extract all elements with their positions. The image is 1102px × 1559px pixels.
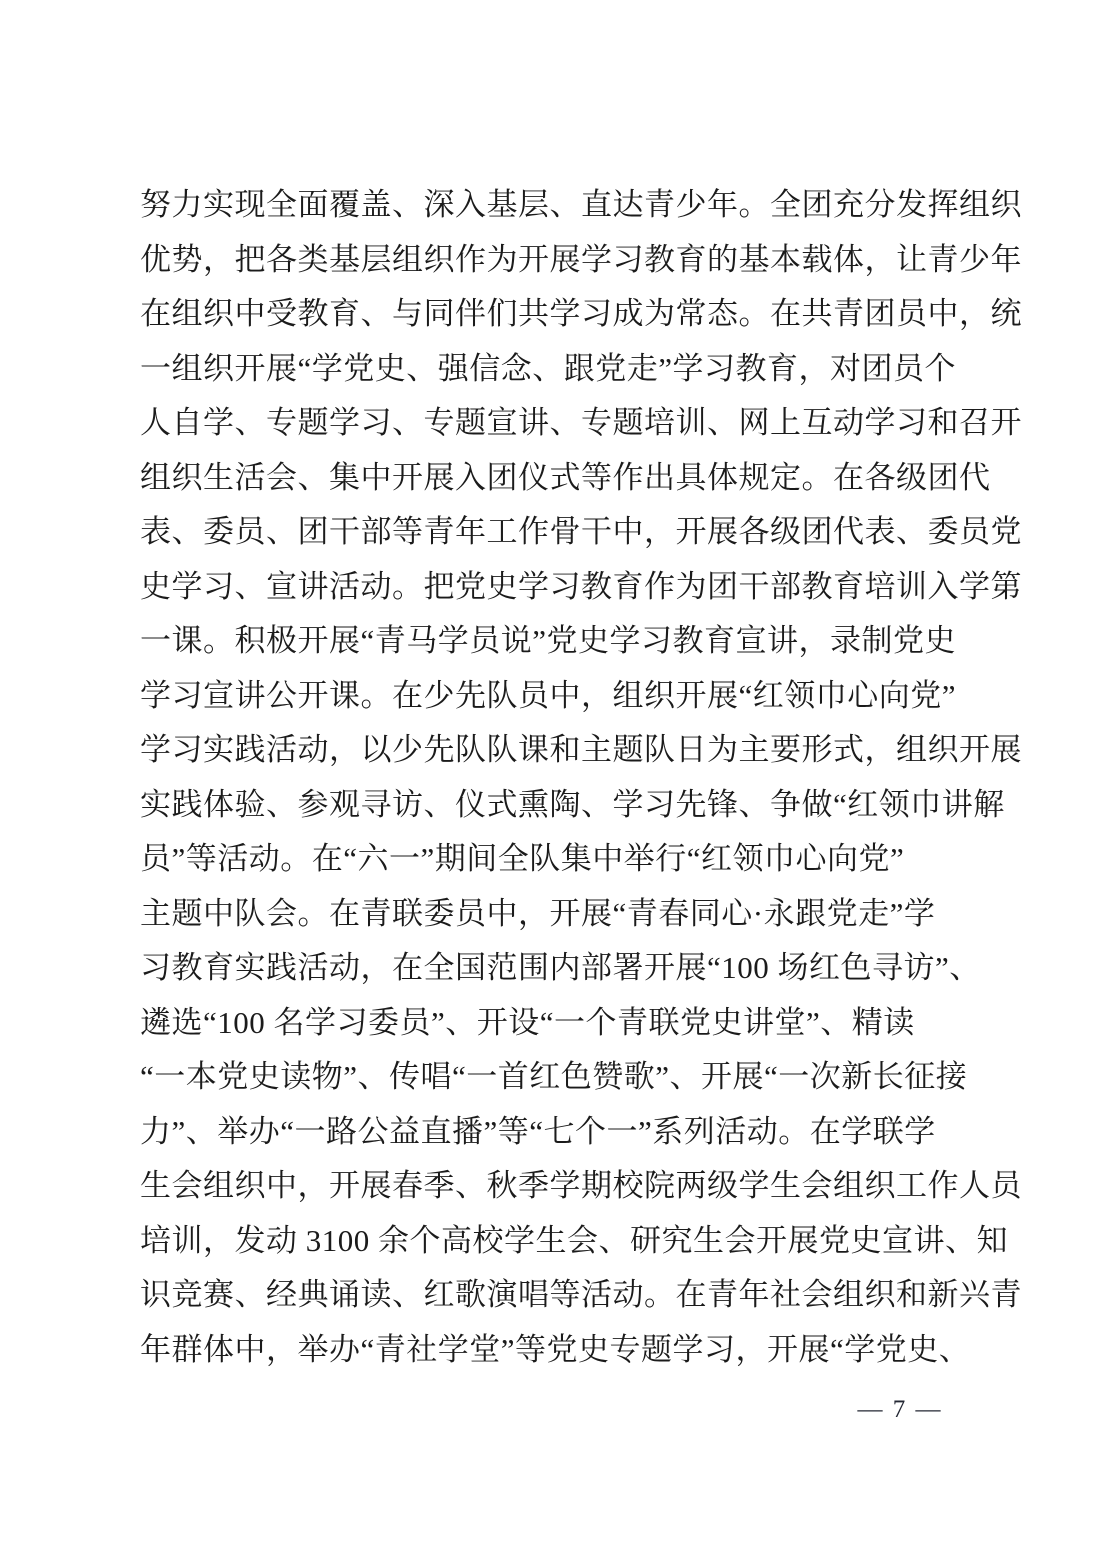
text-line: 史学习、宣讲活动。把党史学习教育作为团干部教育培训入学第 xyxy=(140,560,964,615)
text-line: 实践体验、参观寻访、仪式熏陶、学习先锋、争做“红领巾讲解 xyxy=(140,778,964,833)
text-line: 员”等活动。在“六一”期间全队集中举行“红领巾心向党” xyxy=(140,832,964,887)
body-text: 努力实现全面覆盖、深入基层、直达青少年。全团充分发挥组织 优势，把各类基层组织作… xyxy=(140,178,964,1377)
text-line: 人自学、专题学习、专题宣讲、专题培训、网上互动学习和召开 xyxy=(140,396,964,451)
text-line: 习教育实践活动，在全国范围内部署开展“100 场红色寻访”、 xyxy=(140,941,964,996)
text-line: 主题中队会。在青联委员中，开展“青春同心·永跟党走”学 xyxy=(140,887,964,942)
text-line: 年群体中，举办“青社学堂”等党史专题学习，开展“学党史、 xyxy=(140,1323,964,1378)
text-line: “一本党史读物”、传唱“一首红色赞歌”、开展“一次新长征接 xyxy=(140,1050,964,1105)
text-line: 一组织开展“学党史、强信念、跟党走”学习教育，对团员个 xyxy=(140,342,964,397)
document-page: 努力实现全面覆盖、深入基层、直达青少年。全团充分发挥组织 优势，把各类基层组织作… xyxy=(0,0,1102,1559)
text-line: 一课。积极开展“青马学员说”党史学习教育宣讲，录制党史 xyxy=(140,614,964,669)
text-line: 优势，把各类基层组织作为开展学习教育的基本载体，让青少年 xyxy=(140,233,964,288)
text-line: 生会组织中，开展春季、秋季学期校院两级学生会组织工作人员 xyxy=(140,1159,964,1214)
text-line: 在组织中受教育、与同伴们共学习成为常态。在共青团员中，统 xyxy=(140,287,964,342)
text-line: 培训，发动 3100 余个高校学生会、研究生会开展党史宣讲、知 xyxy=(140,1214,964,1269)
text-line: 努力实现全面覆盖、深入基层、直达青少年。全团充分发挥组织 xyxy=(140,178,964,233)
text-line: 识竞赛、经典诵读、红歌演唱等活动。在青年社会组织和新兴青 xyxy=(140,1268,964,1323)
text-line: 力”、举办“一路公益直播”等“七个一”系列活动。在学联学 xyxy=(140,1105,964,1160)
text-line: 遴选“100 名学习委员”、开设“一个青联党史讲堂”、精读 xyxy=(140,996,964,1051)
text-line: 表、委员、团干部等青年工作骨干中，开展各级团代表、委员党 xyxy=(140,505,964,560)
text-line: 组织生活会、集中开展入团仪式等作出具体规定。在各级团代 xyxy=(140,451,964,506)
page-number: — 7 — xyxy=(845,1396,955,1424)
text-line: 学习实践活动，以少先队队课和主题队日为主要形式，组织开展 xyxy=(140,723,964,778)
text-line: 学习宣讲公开课。在少先队员中，组织开展“红领巾心向党” xyxy=(140,669,964,724)
